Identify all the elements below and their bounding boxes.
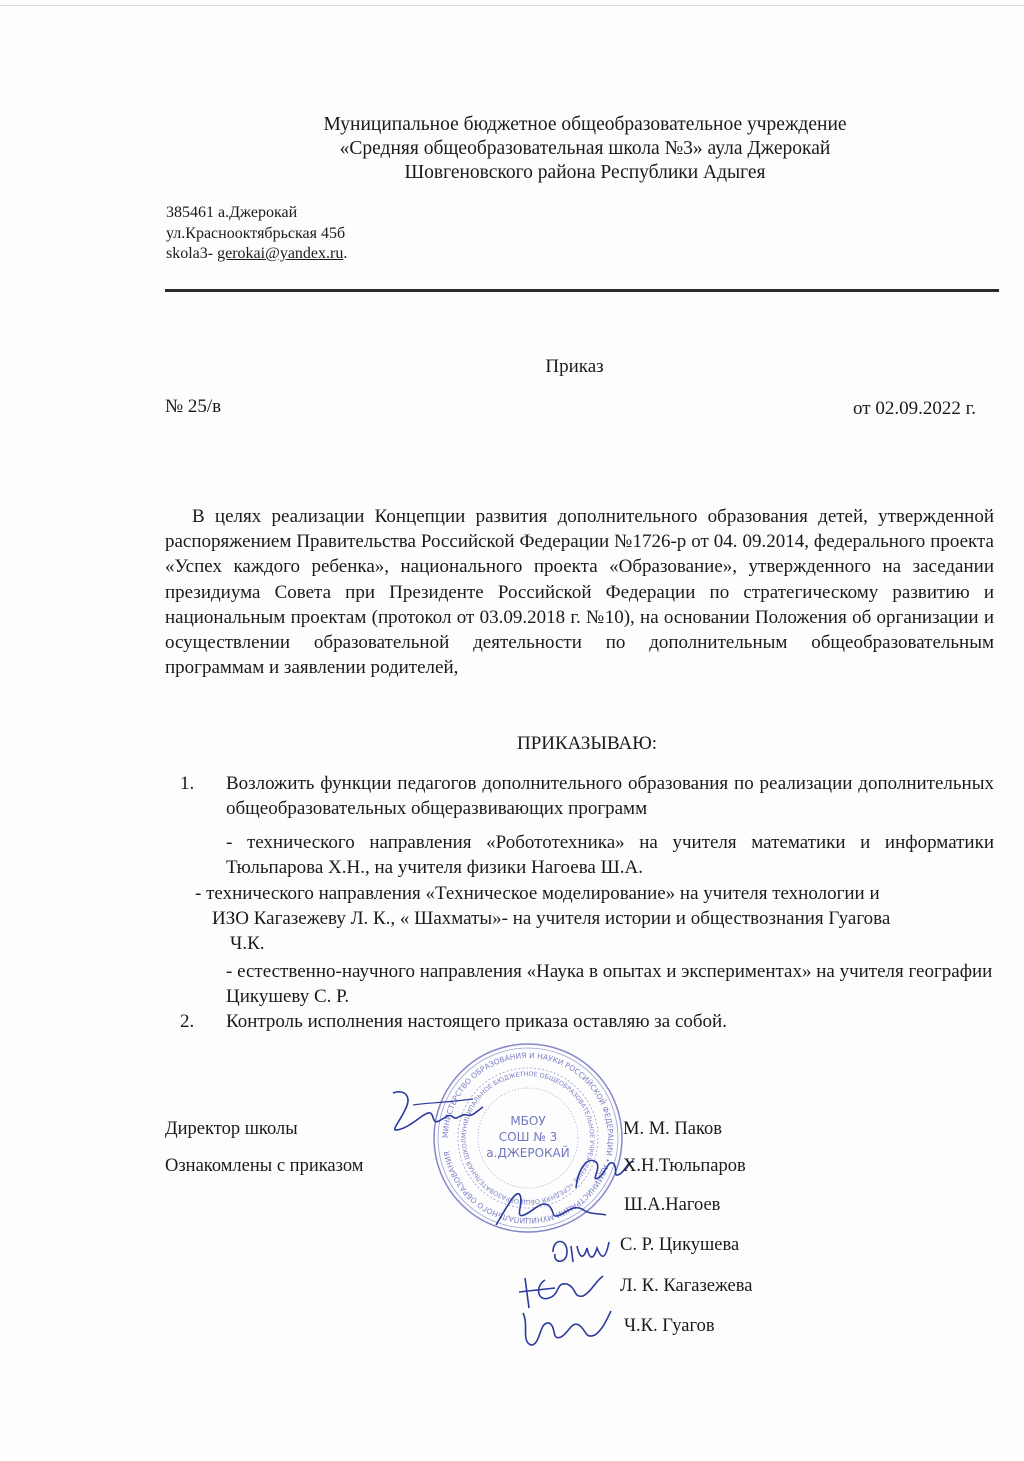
address-block: 385461 а.Джерокай ул.Краснооктябрьская 4… [166, 203, 347, 265]
email-link[interactable]: gerokai@yandex.ru [217, 245, 343, 262]
subitem-modeling-line-2: ИЗО Кагазежеву Л. К., « Шахматы»- на учи… [195, 906, 995, 931]
stamp-center-line-2: СОШ № 3 [499, 1130, 557, 1144]
org-name-line-1: Муниципальное бюджетное общеобразователь… [280, 113, 890, 137]
signatory-name: Х.Н.Тюльпаров [623, 1156, 746, 1177]
item-number: 1. [180, 771, 194, 796]
organization-header: Муниципальное бюджетное общеобразователь… [280, 113, 890, 185]
address-line-1: 385461 а.Джерокай [166, 203, 347, 224]
preamble-paragraph: В целях реализации Концепции развития до… [165, 504, 994, 680]
document-page: Муниципальное бюджетное общеобразователь… [0, 0, 1024, 1461]
address-line-2: ул.Краснооктябрьская 45б [166, 224, 347, 245]
subitem-modeling: - технического направления «Техническое … [195, 881, 995, 956]
acquainted-label: Ознакомлены с приказом [165, 1156, 363, 1177]
signatory-name: С. Р. Цикушева [620, 1235, 739, 1256]
director-signature-icon [383, 1085, 493, 1145]
signatory-name: Ш.А.Нагоев [624, 1195, 720, 1216]
decree-heading: ПРИКАЗЫВАЮ: [0, 733, 1024, 755]
stamp-center-line-3: а.ДЖЕРОКАЙ [486, 1145, 569, 1160]
order-title: Приказ [0, 356, 1024, 378]
signature-guagov-icon [515, 1305, 615, 1350]
director-name: М. М. Паков [623, 1119, 722, 1140]
order-number: № 25/в [165, 396, 221, 418]
order-date: от 02.09.2022 г. [853, 398, 976, 420]
item-number: 2. [180, 1009, 194, 1034]
order-item-1: 1. Возложить функции педагогов дополните… [180, 771, 994, 821]
subitem-modeling-line-3: Ч.К. [195, 931, 995, 956]
subitem-modeling-line-1: - технического направления «Техническое … [195, 881, 995, 906]
signatory-name: Л. К. Кагазежева [620, 1276, 752, 1297]
subitem-science: - естественно-научного направления «Наук… [226, 959, 1006, 1009]
email-suffix: . [343, 245, 347, 262]
scan-edge-line [0, 5, 1024, 6]
item-text: Возложить функции педагогов дополнительн… [226, 771, 994, 821]
signature-tsikusheva-icon [545, 1232, 615, 1272]
signature-nagoev-icon [490, 1185, 610, 1230]
subitem-robotics: - технического направления «Робототехник… [226, 830, 994, 880]
director-label: Директор школы [165, 1119, 298, 1140]
order-item-2: 2. Контроль исполнения настоящего приказ… [180, 1009, 994, 1034]
stamp-center-line-1: МБОУ [510, 1114, 546, 1128]
item-text: Контроль исполнения настоящего приказа о… [226, 1009, 994, 1034]
header-divider [165, 289, 999, 292]
email-prefix: skola3- [166, 245, 217, 262]
org-name-line-2: «Средняя общеобразовательная школа №3» а… [280, 137, 890, 161]
org-name-line-3: Шовгеновского района Республики Адыгея [280, 161, 890, 185]
email-line: skola3- gerokai@yandex.ru. [166, 244, 347, 265]
signatory-name: Ч.К. Гуагов [624, 1316, 715, 1337]
